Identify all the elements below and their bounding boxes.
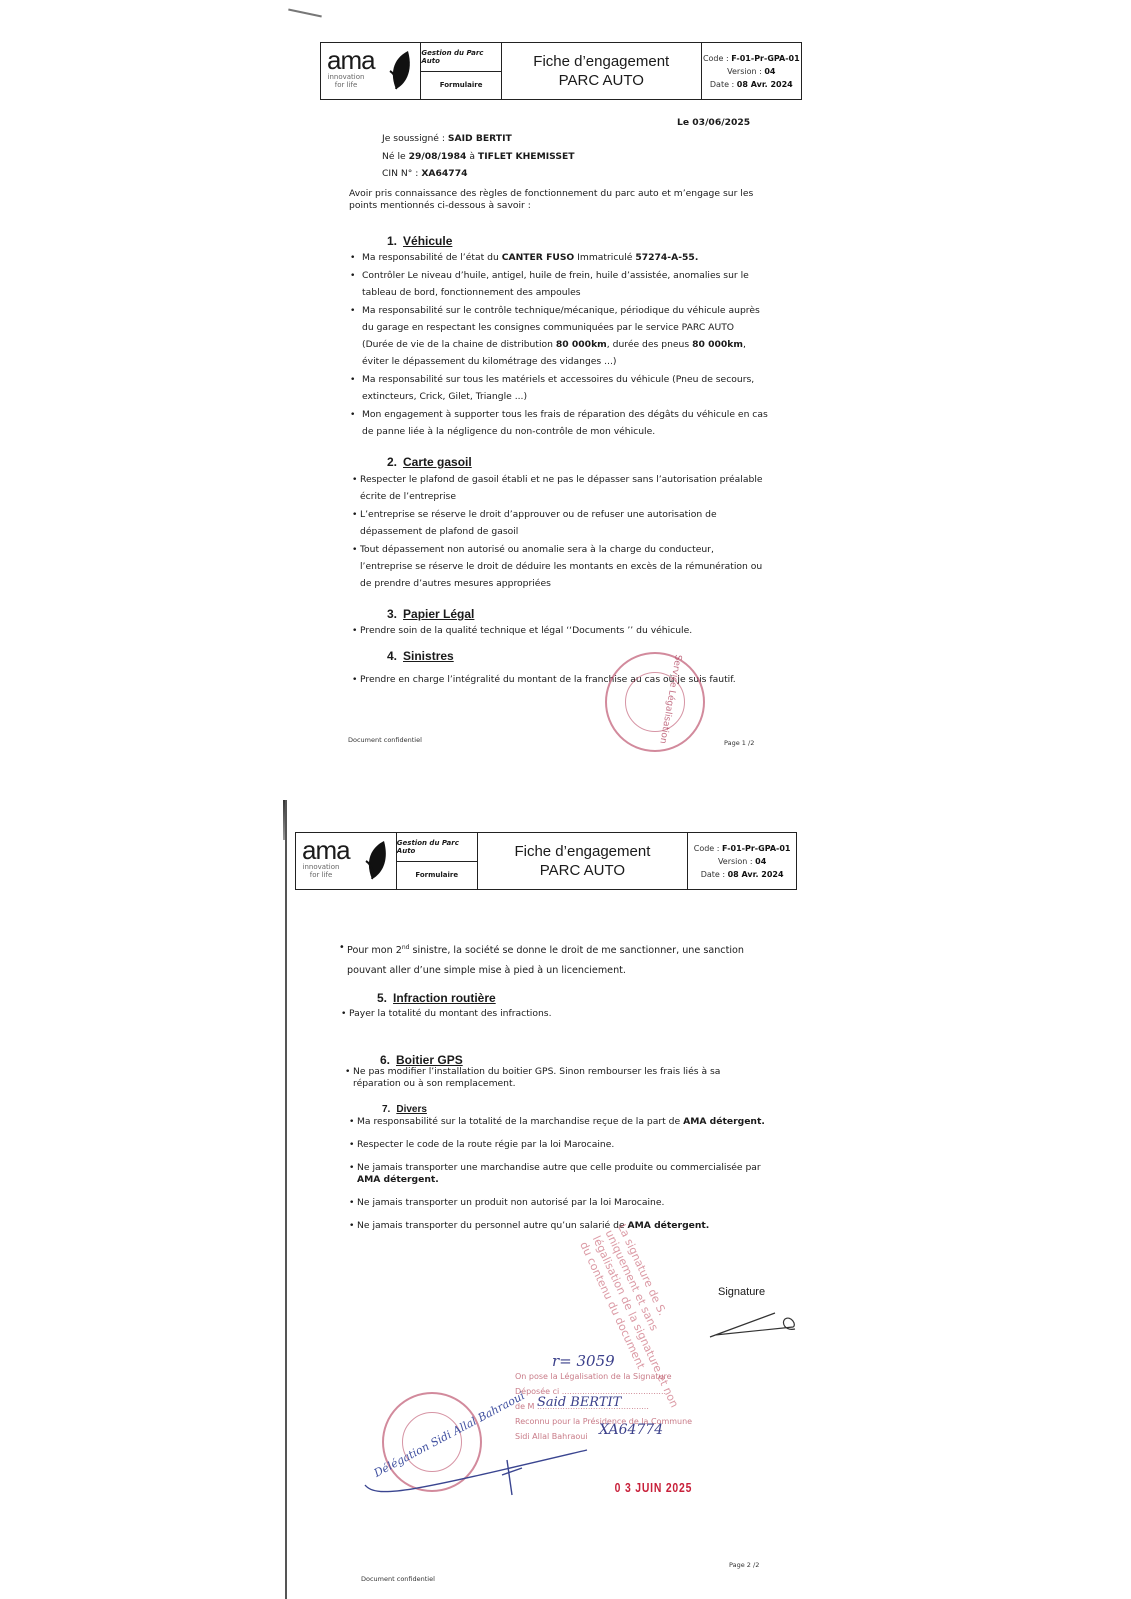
section-gps-title: 6.Boitier GPS (380, 1053, 463, 1067)
footer-confidential: Document confidentiel (348, 736, 422, 744)
date-label: Date : (710, 80, 734, 89)
date-label: Date : (701, 870, 725, 879)
document-header: ama innovation for life Gestion du Parc … (320, 42, 802, 100)
section-gps-list: Ne pas modifier l’installation du boitie… (345, 1066, 770, 1091)
doc-title: Fiche d’engagement PARC AUTO (502, 43, 702, 99)
code-label: Code : (694, 844, 720, 853)
leaf-icon (364, 839, 390, 883)
section-num: 6. (380, 1053, 390, 1067)
list-item: Respecter le plafond de gasoil établi et… (352, 471, 768, 505)
cin-line: CIN N° : XA64774 (382, 165, 468, 182)
section-papier-legal-title: 3.Papier Légal (387, 607, 474, 621)
code-value: F-01-Pr-GPA-01 (722, 844, 790, 853)
list-item: Contrôler Le niveau d’huile, antigel, hu… (348, 267, 768, 301)
title-line2: PARC AUTO (540, 861, 625, 880)
handwritten-cin: XA64774 (599, 1423, 663, 1438)
page-number: Page 1 /2 (724, 739, 754, 747)
legalisation-stamp: Service Légalisation (605, 652, 705, 752)
doc-meta: Code : F-01-Pr-GPA-01 Version : 04 Date … (688, 833, 796, 889)
legal-register-number: r= 3059 (552, 1352, 615, 1370)
section-vehicule-title: 1.Véhicule (387, 234, 452, 248)
code-label: Code : (703, 54, 729, 63)
title-line2: PARC AUTO (559, 71, 644, 90)
section-title: Carte gasoil (403, 455, 472, 469)
doc-type-label: Formulaire (397, 862, 477, 890)
page-2: ama innovation for life Gestion du Parc … (285, 800, 827, 1599)
logo-tagline: innovation for life (302, 863, 340, 879)
soussigne-line: Je soussigné : SAID BERTIT (382, 130, 512, 147)
list-item: Ne jamais transporter un produit non aut… (349, 1197, 774, 1209)
cin-label: CIN N° : (382, 168, 418, 179)
version-value: 04 (764, 67, 775, 76)
section-infraction-list: Payer la totalité du montant des infract… (341, 1005, 771, 1023)
list-item: Tout dépassement non autorisé ou anomali… (352, 541, 768, 592)
list-item: Ma responsabilité sur le contrôle techni… (348, 302, 768, 370)
list-item: L’entreprise se réserve le droit d’appro… (352, 506, 768, 540)
section-num: 3. (387, 607, 397, 621)
code-value: F-01-Pr-GPA-01 (731, 54, 799, 63)
document-date: Le 03/06/2025 (677, 114, 750, 131)
ama-logo: ama innovation for life (321, 43, 421, 99)
section-carte-gasoil-list: Respecter le plafond de gasoil établi et… (352, 471, 768, 593)
section-infraction-title: 5.Infraction routière (377, 991, 496, 1005)
section-num: 4. (387, 649, 397, 663)
birth-place-prefix: à (469, 151, 475, 162)
list-item: Payer la totalité du montant des infract… (341, 1005, 771, 1022)
doc-meta: Code : F-01-Pr-GPA-01 Version : 04 Date … (702, 43, 801, 99)
scan-artifact (288, 8, 322, 17)
list-item: Ma responsabilité sur la totalité de la … (349, 1116, 774, 1128)
date-value: 08 Avr. 2024 (728, 870, 784, 879)
list-item: Ma responsabilité de l’état du CANTER FU… (348, 249, 768, 266)
version-label: Version : (727, 67, 762, 76)
document-header: ama innovation for life Gestion du Parc … (295, 832, 797, 890)
handwritten-name: Said BERTIT (537, 1395, 621, 1410)
section-divers-list: Ma responsabilité sur la totalité de la … (349, 1116, 774, 1233)
section-num: 7. (382, 1104, 390, 1115)
page-1: ama innovation for life Gestion du Parc … (300, 20, 820, 780)
section-num: 2. (387, 455, 397, 469)
section-sinistres-list: Prendre en charge l’intégralité du monta… (352, 671, 792, 689)
version-value: 04 (755, 857, 766, 866)
section-carte-gasoil-title: 2.Carte gasoil (387, 455, 472, 469)
birth-line: Né le 29/08/1984 à TIFLET KHEMISSET (382, 148, 575, 165)
date-value: 08 Avr. 2024 (737, 80, 793, 89)
birth-place: TIFLET KHEMISSET (478, 151, 575, 162)
list-item: Ne jamais transporter du personnel autre… (349, 1220, 774, 1232)
logo-text: ama (327, 45, 375, 76)
doc-type-label: Formulaire (421, 72, 501, 100)
section-title: Divers (396, 1104, 427, 1115)
birth-label: Né le (382, 151, 406, 162)
list-item: Prendre soin de la qualité technique et … (352, 622, 768, 639)
list-item: Pour mon 2nd sinistre, la société se don… (339, 938, 769, 981)
section-sinistres-title: 4.Sinistres (387, 649, 454, 663)
logo-tagline: innovation for life (327, 73, 365, 89)
soussigne-label: Je soussigné : (382, 133, 445, 144)
page-number: Page 2 /2 (729, 1561, 759, 1569)
section-title: Boitier GPS (396, 1053, 463, 1067)
section-title: Infraction routière (393, 991, 496, 1005)
sinistre-continuation-list: Pour mon 2nd sinistre, la société se don… (339, 938, 769, 982)
list-item: Ne pas modifier l’installation du boitie… (345, 1066, 770, 1090)
section-divers-title: 7.Divers (382, 1104, 427, 1115)
section-title: Sinistres (403, 649, 454, 663)
section-papier-legal-list: Prendre soin de la qualité technique et … (352, 622, 768, 640)
legalisation-block: On pose la Légalisation de la Signature … (515, 1369, 692, 1444)
section-num: 1. (387, 234, 397, 248)
signature-label: Signature (718, 1284, 765, 1301)
section-num: 5. (377, 991, 387, 1005)
leaf-icon (388, 49, 414, 93)
header-dept-cell: Gestion du Parc Auto Formulaire (421, 43, 502, 99)
birth-date: 29/08/1984 (409, 151, 467, 162)
list-item: Mon engagement à supporter tous les frai… (348, 406, 768, 440)
title-line1: Fiche d’engagement (533, 52, 669, 71)
cin-value: XA64774 (421, 168, 467, 179)
ama-logo: ama innovation for life (296, 833, 397, 889)
list-item: Prendre en charge l’intégralité du monta… (352, 671, 792, 688)
list-item: Ma responsabilité sur tous les matériels… (348, 371, 768, 405)
title-line1: Fiche d’engagement (514, 842, 650, 861)
official-signature (357, 1440, 597, 1500)
intro-paragraph: Avoir pris connaissance des règles de fo… (349, 188, 769, 212)
date-stamp: 0 3 JUIN 2025 (615, 1480, 692, 1495)
header-dept-cell: Gestion du Parc Auto Formulaire (397, 833, 478, 889)
section-vehicule-list: Ma responsabilité de l’état du CANTER FU… (348, 249, 768, 441)
section-title: Papier Légal (403, 607, 474, 621)
legal-line: On pose la Légalisation de la Signature (515, 1369, 692, 1384)
version-label: Version : (718, 857, 753, 866)
list-item: Ne jamais transporter une marchandise au… (349, 1162, 774, 1186)
employee-signature (705, 1305, 800, 1345)
dept-label: Gestion du Parc Auto (421, 43, 501, 72)
employee-name: SAID BERTIT (448, 133, 512, 144)
dept-label: Gestion du Parc Auto (397, 833, 477, 862)
footer-confidential: Document confidentiel (361, 1575, 435, 1583)
doc-title: Fiche d’engagement PARC AUTO (478, 833, 689, 889)
logo-text: ama (302, 835, 350, 866)
list-item: Respecter le code de la route régie par … (349, 1139, 774, 1151)
section-title: Véhicule (403, 234, 452, 248)
